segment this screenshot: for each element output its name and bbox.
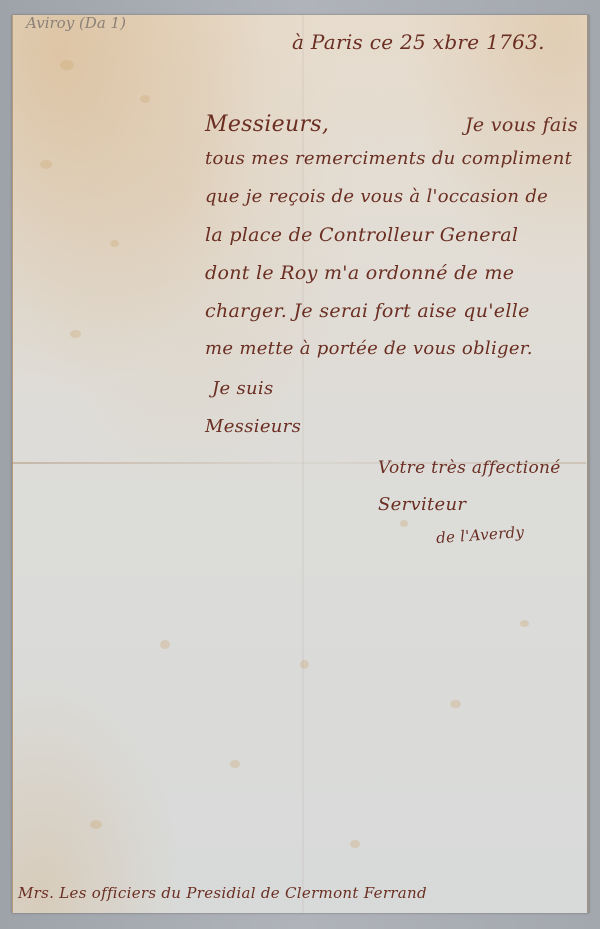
body-line-5: dont le Roy m'a ordonné de me — [205, 262, 514, 284]
pencil-archival-note: Aviroy (Da 1) — [26, 14, 126, 32]
closing-tres-affectione: Votre très affectioné — [378, 458, 561, 478]
foxing-spot — [400, 520, 408, 527]
dateline: à Paris ce 25 xbre 1763. — [292, 30, 545, 54]
foxing-spot — [160, 640, 170, 649]
foxing-spot — [110, 240, 119, 247]
salutation: Messieurs, — [205, 112, 329, 137]
foxing-spot — [520, 620, 529, 627]
address-line: Mrs. Les officiers du Presidial de Clerm… — [18, 884, 427, 902]
foxing-spot — [230, 760, 240, 768]
foxing-spot — [70, 330, 81, 338]
foxing-spot — [60, 60, 74, 70]
closing-je-suis: Je suis — [212, 378, 274, 399]
body-line-4: la place de Controlleur General — [205, 224, 518, 246]
foxing-spot — [90, 820, 102, 829]
body-line-6: charger. Je serai fort aise qu'elle — [205, 300, 530, 322]
closing-serviteur: Serviteur — [378, 494, 466, 515]
body-line-3: que je reçois de vous à l'occasion de — [205, 186, 548, 207]
body-line-7: me mette à portée de vous obliger. — [205, 338, 533, 359]
body-line-2: tous mes remerciments du compliment — [205, 148, 572, 169]
closing-messieurs: Messieurs — [205, 416, 301, 437]
foxing-spot — [450, 700, 461, 708]
body-line-1: Je vous fais — [465, 114, 578, 136]
foxing-spot — [140, 95, 150, 103]
foxing-spot — [40, 160, 52, 169]
foxing-spot — [350, 840, 360, 848]
